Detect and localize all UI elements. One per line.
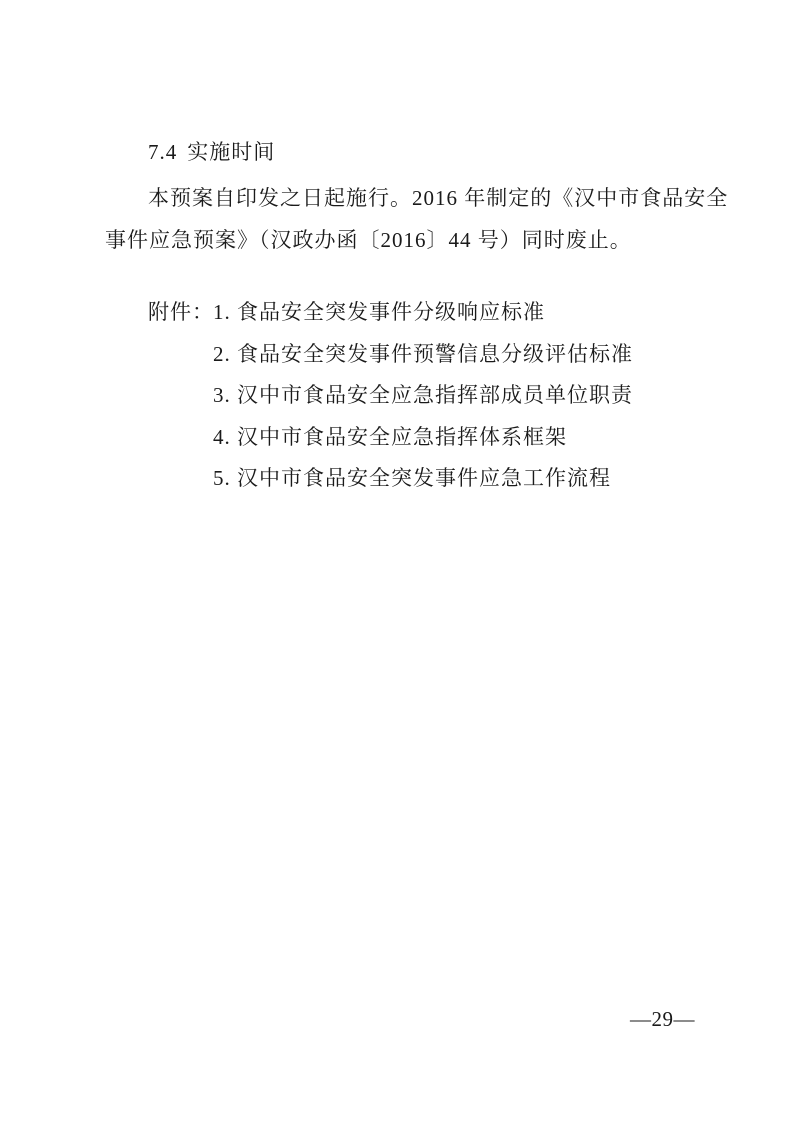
document-page: 7.4实施时间 本预案自印发之日起施行。2016 年制定的《汉中市食品安全 事件… (0, 0, 793, 1122)
attachments-label: 附件： (148, 296, 214, 326)
attachment-item-4: 4. 汉中市食品安全应急指挥体系框架 (213, 421, 567, 451)
section-heading-number: 7.4 (148, 140, 177, 164)
paragraph-line-1: 本预案自印发之日起施行。2016 年制定的《汉中市食品安全 (148, 182, 728, 212)
attachment-item-1: 1. 食品安全突发事件分级响应标准 (213, 296, 545, 326)
section-heading-title: 实施时间 (187, 140, 275, 164)
page-number: —29— (630, 1007, 695, 1032)
paragraph-line-2: 事件应急预案》（汉政办函〔2016〕44 号）同时废止。 (105, 224, 632, 254)
attachment-item-3: 3. 汉中市食品安全应急指挥部成员单位职责 (213, 379, 633, 409)
attachment-item-5: 5. 汉中市食品安全突发事件应急工作流程 (213, 462, 611, 492)
attachment-item-2: 2. 食品安全突发事件预警信息分级评估标准 (213, 338, 633, 368)
section-heading: 7.4实施时间 (148, 136, 275, 166)
